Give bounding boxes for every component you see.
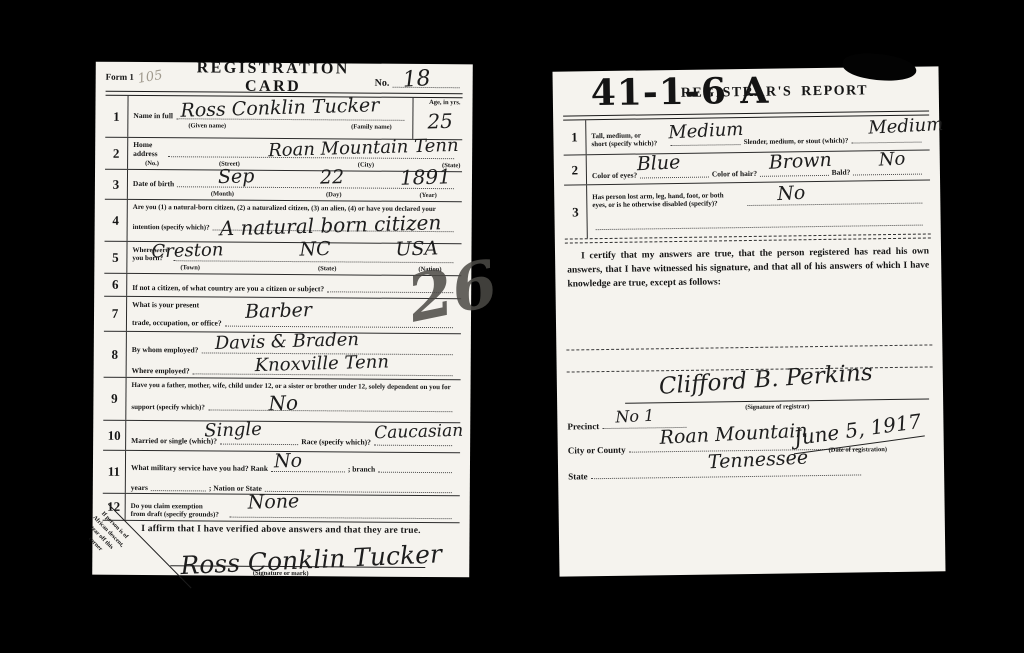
field-row-exemption: 12 Do you claim exemption from draft (sp… bbox=[103, 493, 460, 522]
pencil-order-number: 26 bbox=[403, 252, 503, 333]
dotted-line bbox=[671, 144, 741, 146]
occupation-label-2: trade, occupation, or office? bbox=[132, 318, 222, 328]
eyes-value: Blue bbox=[636, 153, 680, 174]
field-row-build: 1 Tall, medium, or short (specify which)… bbox=[563, 115, 929, 154]
registrar-signature-sub-label: (Signature of registrar) bbox=[745, 403, 809, 411]
age-box: Age, in yrs. 25 bbox=[412, 98, 462, 139]
card-number-value: 18 bbox=[402, 68, 431, 92]
dotted-line bbox=[151, 490, 206, 491]
dotted-line bbox=[853, 174, 922, 176]
military-rank-value: No bbox=[274, 452, 303, 472]
sub-family-name: (Family name) bbox=[351, 122, 392, 131]
dotted-line bbox=[760, 175, 829, 177]
field-number: 5 bbox=[104, 242, 127, 273]
registration-card-header: Form 1 105 REGISTRATION CARD No. 18 bbox=[106, 62, 463, 93]
dotted-line bbox=[640, 177, 709, 179]
citizenship-question-2: intention (specify which)? bbox=[133, 223, 210, 232]
sub-city: (City) bbox=[358, 161, 374, 170]
birth-town-value: Creston bbox=[151, 241, 223, 261]
field-cell: What military service have you had? Rank… bbox=[126, 451, 460, 495]
field-number: 9 bbox=[103, 378, 126, 420]
height-label-2: short (specify which)? bbox=[591, 139, 667, 149]
field-row-name: 1 Name in full (Given name) (Family name… bbox=[105, 96, 462, 139]
age-value: 25 bbox=[427, 111, 453, 132]
registrars-report-title: REGISTRAR'S REPORT bbox=[681, 83, 868, 102]
field-cell: Are you (1) a natural-born citizen, (2) … bbox=[128, 200, 462, 243]
sub-day: (Day) bbox=[326, 190, 342, 199]
precinct-label: Precinct bbox=[567, 421, 599, 431]
field-number: 2 bbox=[564, 155, 587, 184]
address-label-2: address bbox=[133, 149, 165, 159]
name-label: Name in full bbox=[133, 111, 173, 121]
field-number: 1 bbox=[563, 120, 586, 154]
field-number: 1 bbox=[105, 96, 128, 137]
eyes-label: Color of eyes? bbox=[592, 171, 637, 181]
field-cell: Married or single (which)? Race (specify… bbox=[126, 421, 460, 452]
field-row-employer: 8 By whom employed? Where employed? Davi… bbox=[104, 331, 461, 379]
registration-card-title: REGISTRATION CARD bbox=[172, 59, 375, 96]
field-number: 3 bbox=[105, 170, 128, 199]
field-row-birthdate: 3 Date of birth (Month) (Day) (Year) Sep… bbox=[105, 169, 462, 201]
birth-state-value: NC bbox=[299, 240, 331, 260]
bald-label: Bald? bbox=[832, 168, 851, 178]
military-label: What military service have you had? Rank bbox=[131, 463, 268, 474]
employed-where-value: Knoxville Tenn bbox=[254, 353, 389, 375]
field-cell: Date of birth (Month) (Day) (Year) Sep 2… bbox=[128, 170, 462, 201]
sub-town: (Town) bbox=[180, 263, 200, 272]
field-number: 2 bbox=[105, 138, 128, 169]
precinct-value: No 1 bbox=[615, 408, 655, 426]
field-cell: Tall, medium, or short (specify which)? … bbox=[586, 115, 929, 154]
employer-value: Davis & Braden bbox=[215, 331, 360, 353]
certification-text: I certify that my answers are true, that… bbox=[565, 245, 932, 291]
card-number-label: No. bbox=[375, 77, 390, 88]
registrar-lower-section: Clifford B. Perkins (Signature of regist… bbox=[566, 287, 937, 622]
blank-answer-line bbox=[566, 345, 932, 351]
sub-no: (No.) bbox=[145, 159, 159, 168]
field-row-dependents: 9 Have you a father, mother, wife, child… bbox=[103, 377, 460, 422]
registrars-report-card: 41-1-6 A REGISTRAR'S REPORT 1 Tall, medi… bbox=[552, 66, 945, 576]
birth-year-value: 1891 bbox=[400, 166, 451, 187]
dotted-line bbox=[591, 475, 861, 480]
sub-month: (Month) bbox=[211, 189, 234, 198]
birth-day-value: 22 bbox=[320, 168, 345, 188]
dotted-line bbox=[220, 444, 298, 446]
field-cell: By whom employed? Where employed? Davis … bbox=[127, 332, 461, 379]
build-value: Medium bbox=[868, 116, 944, 138]
registrar-signature: Clifford B. Perkins bbox=[658, 362, 873, 399]
state-value: Tennessee bbox=[708, 449, 809, 473]
sub-given-name: (Given name) bbox=[188, 121, 226, 130]
dotted-line bbox=[374, 445, 452, 447]
years-label: years bbox=[131, 483, 148, 493]
field-number: 7 bbox=[104, 297, 127, 331]
field-number: 4 bbox=[105, 200, 128, 241]
build-label: Slender, medium, or stout (which)? bbox=[744, 137, 849, 147]
card-number-group: No. 18 bbox=[375, 67, 463, 90]
field-row-occupation: 7 What is your present trade, occupation… bbox=[104, 296, 461, 333]
field-row-military: 11 What military service have you had? R… bbox=[103, 450, 460, 495]
pencil-note: 105 bbox=[137, 66, 173, 86]
dotted-line bbox=[851, 142, 921, 144]
birthdate-label: Date of birth bbox=[133, 179, 174, 189]
form-number-label: Form 1 bbox=[106, 71, 138, 81]
dotted-line bbox=[230, 517, 452, 520]
hair-value: Brown bbox=[768, 151, 832, 173]
dotted-line bbox=[596, 225, 923, 231]
age-label: Age, in yrs. bbox=[415, 99, 460, 106]
dependents-value: No bbox=[268, 393, 298, 414]
state-label: State bbox=[568, 472, 588, 482]
marital-value: Single bbox=[204, 421, 262, 441]
sub-state: (State) bbox=[318, 264, 336, 273]
disability-value: No bbox=[777, 184, 806, 204]
hair-label: Color of hair? bbox=[712, 169, 757, 179]
field-cell: Name in full (Given name) (Family name) … bbox=[128, 96, 412, 139]
sub-year: (Year) bbox=[419, 191, 436, 200]
field-cell: Do you claim exemption from draft (speci… bbox=[126, 494, 460, 522]
employed-where-label: Where employed? bbox=[132, 366, 190, 376]
registrars-report-header: 41-1-6 A REGISTRAR'S REPORT bbox=[562, 66, 929, 115]
signature-block: Ross Conklin Tucker (Signature or mark) bbox=[102, 537, 459, 579]
field-cell: Has person lost arm, leg, hand, foot, or… bbox=[587, 180, 931, 238]
field-row-marital-race: 10 Married or single (which)? Race (spec… bbox=[103, 420, 460, 452]
field-row-citizenship: 4 Are you (1) a natural-born citizen, (2… bbox=[105, 199, 462, 243]
birth-month-value: Sep bbox=[218, 167, 255, 187]
field-number: 3 bbox=[564, 185, 588, 238]
dotted-line bbox=[378, 472, 452, 474]
field-number: 6 bbox=[104, 274, 127, 296]
dependents-question-2: support (specify which)? bbox=[131, 403, 205, 412]
registration-card: Form 1 105 REGISTRATION CARD No. 18 1 Na… bbox=[92, 62, 473, 578]
race-label: Race (specify which)? bbox=[301, 437, 371, 447]
field-number: 10 bbox=[103, 421, 126, 450]
exemption-label-2: from draft (specify grounds)? bbox=[131, 510, 227, 519]
exemption-value: None bbox=[247, 492, 299, 512]
foreign-citizen-label: If not a citizen, of what country are yo… bbox=[132, 283, 324, 294]
citizenship-value: A natural born citizen bbox=[219, 212, 441, 238]
address-label-1: Home bbox=[133, 139, 165, 149]
employer-label: By whom employed? bbox=[132, 345, 199, 355]
field-row-disability: 3 Has person lost arm, leg, hand, foot, … bbox=[564, 179, 931, 238]
field-number: 8 bbox=[104, 332, 127, 377]
race-value: Caucasian bbox=[374, 423, 463, 442]
height-value: Medium bbox=[668, 121, 744, 143]
branch-label: ; branch bbox=[348, 465, 375, 475]
field-number: 11 bbox=[103, 451, 126, 493]
occupation-value: Barber bbox=[245, 301, 312, 322]
dotted-line bbox=[208, 409, 452, 412]
bald-value: No bbox=[878, 150, 905, 169]
city-county-label: City or County bbox=[568, 445, 626, 456]
field-cell: Have you a father, mother, wife, child u… bbox=[126, 378, 460, 422]
